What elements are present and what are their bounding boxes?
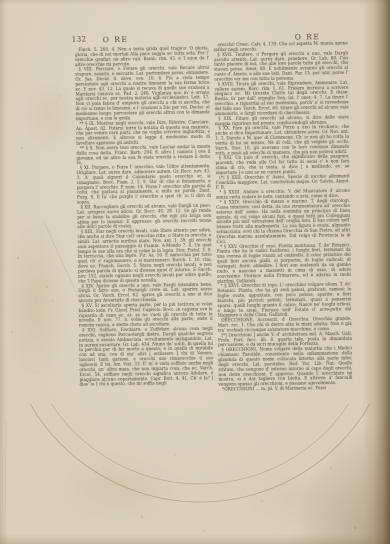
- dictionary-paragraph: § XII. Raccogliere gli orecchi ad alcuno…: [77, 203, 211, 229]
- running-head-right: O RE: [295, 32, 321, 41]
- dictionary-paragraph: § XVII. Tendere, o Porgere gli orecchi a…: [214, 51, 348, 82]
- dictionary-paragraph: § XX. Fare gli orecchi, vale Porre a uno…: [215, 125, 349, 156]
- dictionary-paragraph: § XIII. Star negli orecchi levati, vale …: [77, 228, 212, 284]
- dictionary-paragraph: * § XXVI. Orecchio di topo. L' orecchino…: [217, 282, 351, 318]
- dictionary-paragraph: § XXI. Un paio d' orecchi, che significa…: [215, 154, 349, 176]
- text-column-left: Finch. 5. 260. 4. Non a terra grida quel…: [75, 46, 214, 434]
- scanned-book-page: 132 O RE O RE Finch. 5. 260. 4. Non a te…: [0, 0, 390, 544]
- dictionary-paragraph: * § XXV. Orecchio d' orso, Fiorita montu…: [217, 243, 352, 284]
- page-sheet: 132 O RE O RE Finch. 5. 260. 4. Non a te…: [0, 0, 390, 544]
- dictionary-paragraph: § ORECCHIONI, Nome volgare della malatti…: [218, 346, 353, 387]
- dictionary-paragraph: *ORECCHIONI ... m. pl. V. di Marineria e…: [219, 385, 353, 392]
- dictionary-paragraph: § VIII. Perciare, o Forare gli orecchi, …: [75, 65, 210, 121]
- dictionary-paragraph: § XVI. Soffiare, Fischiare, o Zuffolare …: [79, 326, 214, 387]
- dictionary-paragraph: ** § X. Non avere teso orecchi, vale Las…: [76, 144, 210, 166]
- dictionary-paragraph: § XI. Porgere, o Porre l' orecchio, vale…: [77, 164, 212, 205]
- dictionary-paragraph: ** § IX. Mostrar negli orecchi, vale Dir…: [76, 120, 210, 146]
- dictionary-paragraph: * § XXIV. Orecchio di mezzo e marino. T.…: [216, 198, 351, 244]
- dictionary-paragraph: Finch. 5. 260. 4. Non a terra grida quel…: [75, 46, 209, 68]
- dictionary-paragraph: § XIV. Aprire gli orecchi a uno, vale Fa…: [78, 282, 212, 304]
- text-column-right: orecchi! Cresc. Calv. 4. 139. Che sol as…: [214, 41, 353, 413]
- page-number: 132: [72, 35, 87, 43]
- running-head-left: O RE: [103, 35, 129, 44]
- dictionary-paragraph: § XV. Si ascoltarla aperta parte, per la…: [78, 302, 212, 328]
- dictionary-paragraph: § XVIII. Tirare gli orecchi, vale Ripren…: [214, 80, 348, 116]
